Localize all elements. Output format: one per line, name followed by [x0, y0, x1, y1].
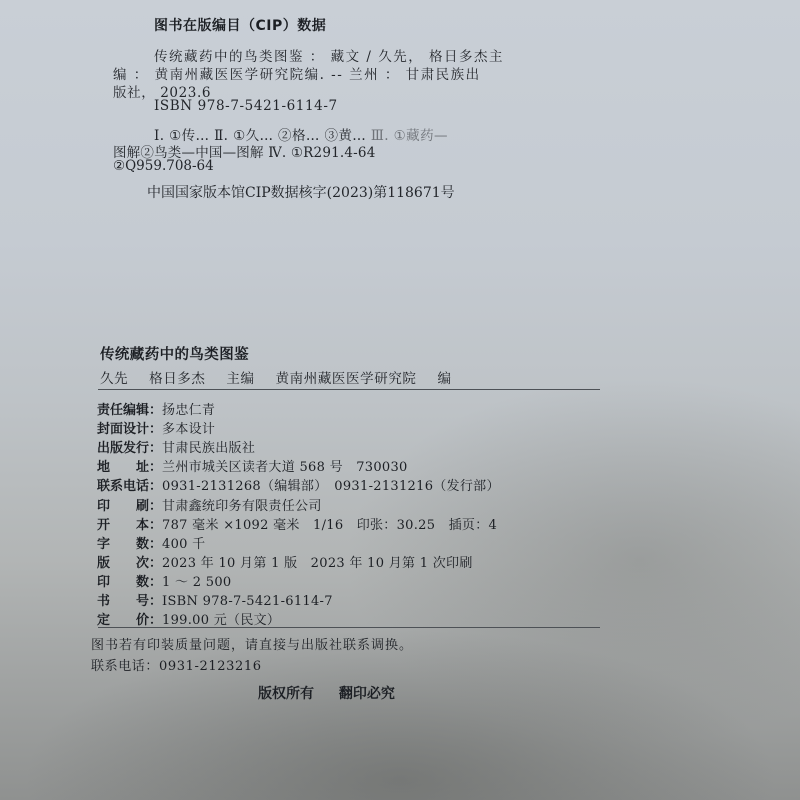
copyright-piracy: 翻印必究 [339, 686, 395, 702]
colophon-row: 书 号：ISBN 978-7-5421-6114-7 [97, 592, 333, 610]
editor-role-chief: 主编 [226, 371, 254, 387]
colophon-label: 出版发行： [97, 440, 162, 458]
colophon-row: 地 址：兰州市城关区读者大道 568 号 730030 [97, 458, 408, 476]
colophon-row: 字 数：400 千 [97, 535, 205, 553]
colophon-label: 书 号： [97, 593, 162, 611]
colophon-label: 印 数： [97, 574, 162, 592]
colophon-row: 版 次：2023 年 10 月第 1 版 2023 年 10 月第 1 次印刷 [97, 554, 473, 572]
cip-classification-faded: Ⅲ. ①藏药— [371, 128, 448, 144]
colophon-row: 封面设计：多本设计 [97, 420, 215, 438]
editor-1: 久先 [100, 371, 128, 387]
cip-isbn: ISBN 978-7-5421-6114-7 [154, 98, 338, 114]
book-copyright-page: 图书在版编目（CIP）数据 传统藏药中的鸟类图鉴 ： 藏文 / 久先， 格日多杰… [0, 0, 800, 800]
colophon-row: 出版发行：甘肃民族出版社 [97, 439, 255, 457]
colophon-value: 787 毫米 ×1092 毫米 1/16 印张：30.25 插页：4 [162, 518, 497, 533]
colophon-label: 字 数： [97, 536, 162, 554]
colophon-label: 地 址： [97, 459, 162, 477]
colophon-label: 印 刷： [97, 498, 162, 516]
colophon-value: 扬忠仁青 [162, 403, 215, 418]
colophon-value: ISBN 978-7-5421-6114-7 [162, 594, 333, 609]
editor-role: 编 [437, 371, 451, 387]
colophon-row: 责任编辑：扬忠仁青 [97, 401, 215, 419]
quality-notice: 图书若有印装质量问题，请直接与出版社联系调换。 [91, 634, 413, 653]
colophon-label: 责任编辑： [97, 402, 162, 420]
colophon-value: 甘肃鑫统印务有限责任公司 [162, 499, 322, 514]
book-title: 传统藏药中的鸟类图鉴 [100, 343, 249, 364]
colophon-row: 印 数：1 ～ 2 500 [97, 573, 231, 591]
cip-line-2: 编 ： 黄南州藏医医学研究院编. -- 兰州 ： 甘肃民族出 [113, 63, 481, 83]
cip-heading: 图书在版编目（CIP）数据 [154, 15, 326, 35]
colophon-label: 联系电话： [97, 478, 162, 496]
colophon-row: 印 刷：甘肃鑫统印务有限责任公司 [97, 497, 322, 515]
colophon-row: 联系电话：0931-2131268（编辑部） 0931-2131216（发行部） [97, 477, 500, 495]
colophon-value: 0931-2131268（编辑部） 0931-2131216（发行部） [162, 479, 500, 494]
colophon-row: 开 本：787 毫米 ×1092 毫米 1/16 印张：30.25 插页：4 [97, 516, 497, 534]
cip-line-code: ②Q959.708-64 [113, 158, 214, 174]
copyright-notice: 版权所有 翻印必究 [258, 683, 395, 703]
colophon-label: 版 次： [97, 555, 162, 573]
divider-bottom [98, 627, 600, 628]
colophon-value: 1 ～ 2 500 [162, 575, 231, 590]
colophon-value: 兰州市城关区读者大道 568 号 730030 [162, 460, 408, 475]
book-editors: 久先 格日多杰 主编 黄南州藏医医学研究院 编 [100, 367, 468, 387]
cip-line-1: 传统藏药中的鸟类图鉴 ： 藏文 / 久先， 格日多杰主 [154, 45, 504, 65]
colophon-value: 多本设计 [162, 422, 215, 437]
colophon-value: 甘肃民族出版社 [162, 441, 255, 456]
colophon-label: 封面设计： [97, 421, 162, 439]
colophon-value: 2023 年 10 月第 1 版 2023 年 10 月第 1 次印刷 [162, 556, 473, 571]
divider-top [98, 389, 600, 390]
cip-record-number: 中国国家版本馆CIP数据核字(2023)第118671号 [147, 182, 455, 202]
colophon-value: 400 千 [162, 537, 205, 552]
editor-institution: 黄南州藏医医学研究院 [276, 371, 417, 387]
contact-phone: 联系电话：0931-2123216 [91, 655, 262, 674]
colophon-label: 开 本： [97, 517, 162, 535]
editor-2: 格日多杰 [149, 371, 205, 387]
colophon-value: 199.00 元（民文） [162, 613, 280, 628]
copyright-reserved: 版权所有 [258, 686, 314, 702]
